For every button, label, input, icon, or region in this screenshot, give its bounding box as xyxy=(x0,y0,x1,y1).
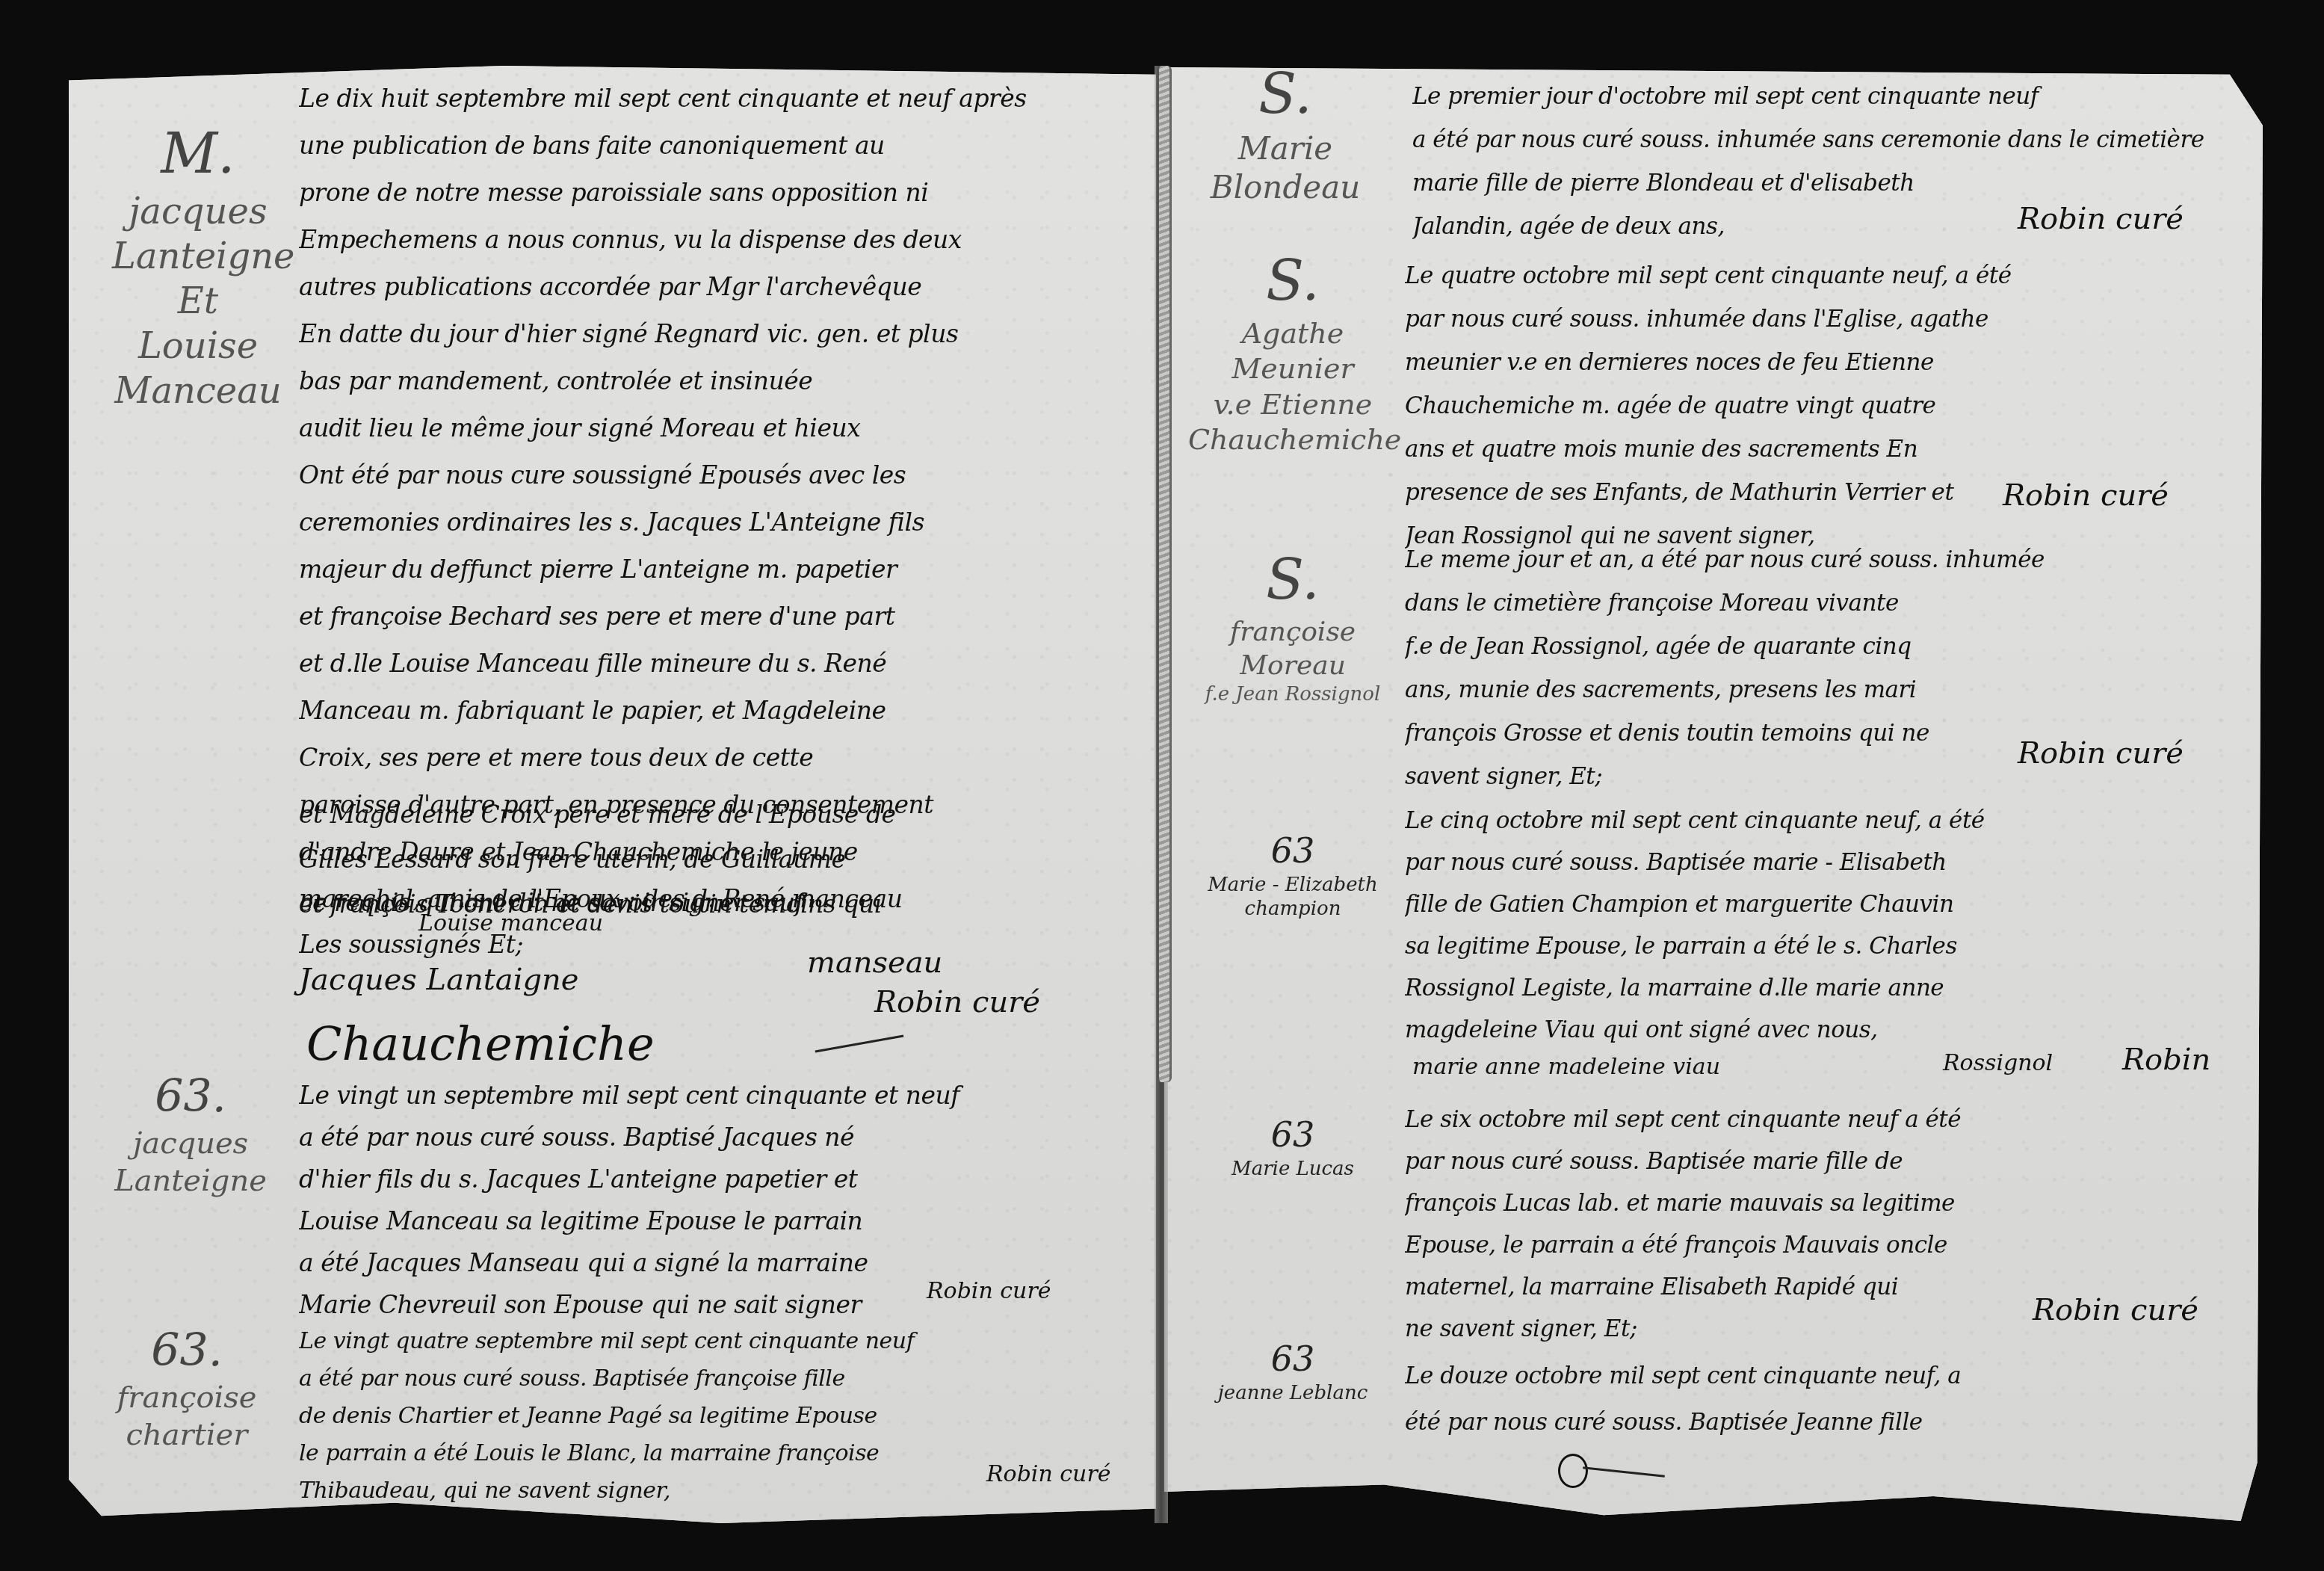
signature-witness-chauchemiche: Chauchemiche xyxy=(306,1016,655,1071)
signature-priest: Robin curé xyxy=(2018,202,2184,236)
signature-groom: Jacques Lantaigne xyxy=(299,963,579,997)
margin-note-baptism: 63. françoise chartier xyxy=(90,1323,284,1454)
margin-note-marriage: M. jacques Lanteigne Et Louise Manceau xyxy=(112,120,284,413)
signature-priest: Robin curé xyxy=(2018,736,2184,771)
burial-mark: S. xyxy=(1188,60,1382,129)
baptism-mark: 63 xyxy=(1181,1114,1405,1157)
register-entry-baptism: Le cinq octobre mil sept cent cinquante … xyxy=(1405,800,2249,1051)
signature-godfather: Rossignol xyxy=(1943,1050,2053,1076)
margin-note-baptism: 63 Marie - Elizabeth champion xyxy=(1181,830,1405,922)
signature-priest: Robin xyxy=(2122,1043,2210,1077)
margin-note-baptism: 63 Marie Lucas xyxy=(1181,1114,1405,1181)
signature-priest: Robin curé xyxy=(927,1278,1051,1304)
paraph-flourish xyxy=(1558,1454,1588,1488)
burial-mark: S. xyxy=(1188,247,1397,316)
margin-note-burial: S. françoise Moreau f.e Jean Rossignol xyxy=(1181,546,1405,706)
margin-note-baptism: 63 jeanne Leblanc xyxy=(1181,1338,1405,1405)
baptism-mark: 63. xyxy=(97,1069,284,1125)
signature-priest: Robin curé xyxy=(2003,478,2169,513)
baptism-mark: 63 xyxy=(1181,830,1405,873)
signature-priest: Robin curé xyxy=(2033,1293,2198,1327)
baptism-mark: 63. xyxy=(90,1323,284,1379)
signature-priest: Robin curé xyxy=(986,1461,1111,1487)
register-entry-baptism: Le douze octobre mil sept cent cinquante… xyxy=(1405,1353,2249,1445)
binding-thread xyxy=(1157,66,1172,1082)
signature-priest: Robin curé xyxy=(874,985,1040,1019)
margin-note-burial: S. Marie Blondeau xyxy=(1188,60,1382,208)
margin-note-baptism: 63. jacques Lanteigne xyxy=(97,1069,284,1200)
margin-note-burial: S. Agathe Meunier v.e Etienne Chauchemic… xyxy=(1188,247,1397,458)
baptism-mark: 63 xyxy=(1181,1338,1405,1381)
burial-mark: S. xyxy=(1181,546,1405,615)
signature-witness: manseau xyxy=(807,945,942,980)
signature-godmother: marie anne madeleine viau xyxy=(1412,1054,1720,1080)
signature-bride: Louise manceau xyxy=(418,910,603,936)
marriage-mark: M. xyxy=(112,120,284,189)
